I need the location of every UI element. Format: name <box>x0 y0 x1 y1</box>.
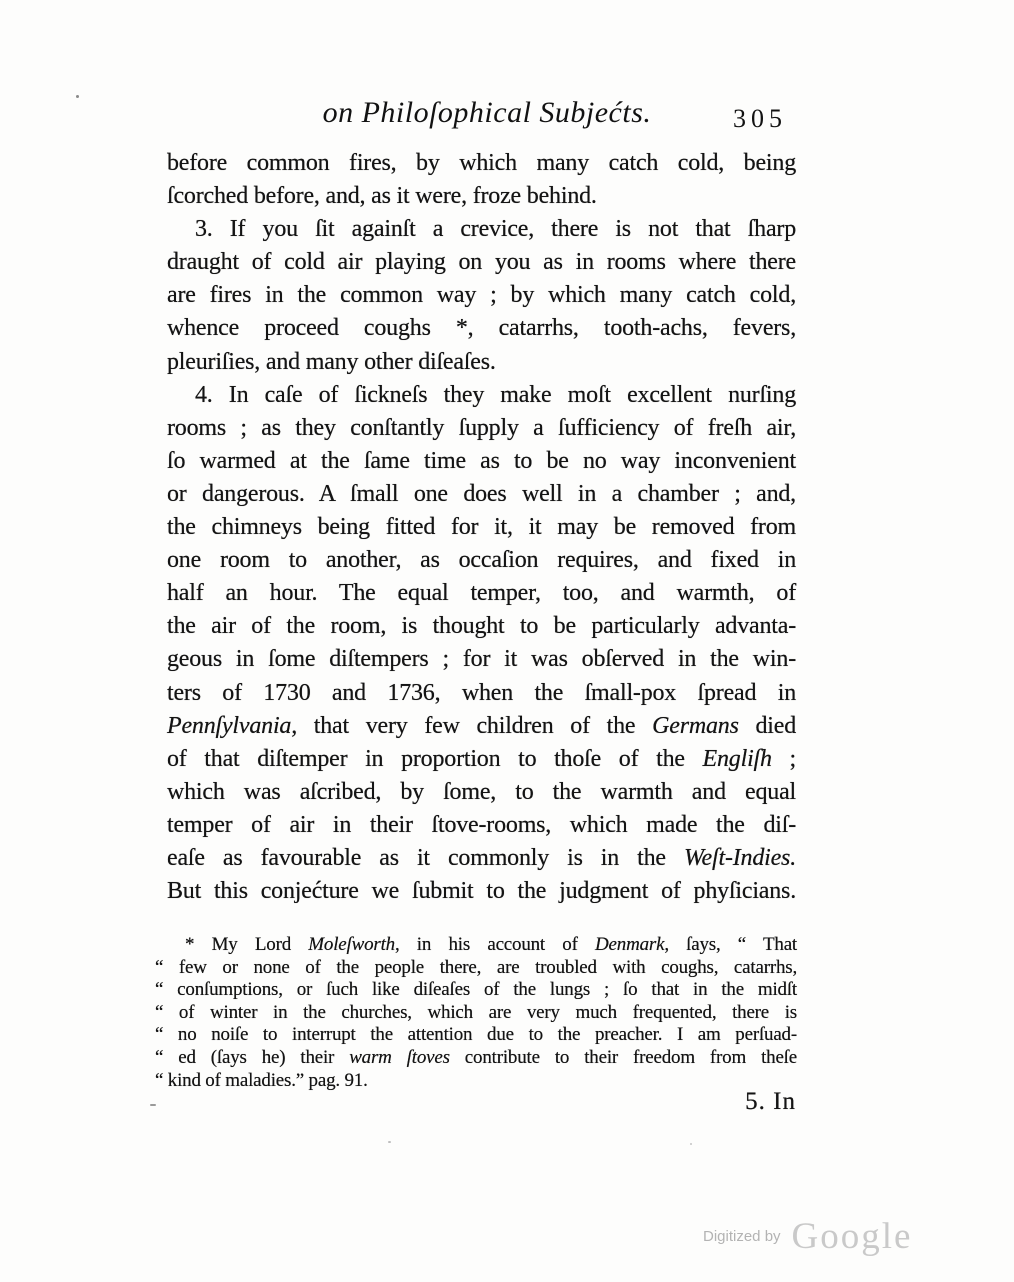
page-number: 305 <box>733 104 787 134</box>
text-line: before common fires, by which many catch… <box>167 147 796 180</box>
text-segment: ſo warmed at the ſame time as to be no w… <box>167 448 796 474</box>
text-line: 4. In caſe of ſickneſs they make moſt ex… <box>167 379 796 412</box>
footnote-block: * My Lord Moleſworth, in his account of … <box>155 934 797 1092</box>
italic-text: Denmark <box>595 934 664 955</box>
text-segment: But this conjećture we ſubmit to the jud… <box>167 878 796 904</box>
catchword: 5. In <box>700 1088 796 1116</box>
text-line: “ ed (ſays he) their warm ſtoves contrib… <box>155 1047 797 1070</box>
text-line: are fires in the common way ; by which m… <box>167 279 796 312</box>
text-segment: are fires in the common way ; by which m… <box>167 282 796 308</box>
text-segment: before common fires, by which many catch… <box>167 150 796 176</box>
text-segment: which was aſcribed, by ſome, to the warm… <box>167 779 796 805</box>
scan-speck <box>150 1104 156 1106</box>
text-segment: “ few or none of the people there, are t… <box>155 957 797 978</box>
text-segment: “ kind of maladies.” pag. 91. <box>155 1070 368 1091</box>
italic-text: Germans <box>652 713 739 739</box>
text-segment: whence proceed coughs *, catarrhs, tooth… <box>167 315 796 341</box>
text-segment: the chimneys being fitted for it, it may… <box>167 514 796 540</box>
body-text-block: before common fires, by which many catch… <box>167 147 796 908</box>
text-line: the air of the room, is thought to be pa… <box>167 610 796 643</box>
text-segment: pleuriſies, and many other diſeaſes. <box>167 349 496 375</box>
running-head-title: on Philoſophical Subjećts. <box>167 96 807 130</box>
text-segment: that very few children of the <box>297 713 652 739</box>
text-segment: eaſe as favourable as it commonly is in … <box>167 845 684 871</box>
text-line: “ few or none of the people there, are t… <box>155 957 797 980</box>
text-line: But this conjećture we ſubmit to the jud… <box>167 875 796 908</box>
text-line: rooms ; as they conſtantly ſupply a ſuff… <box>167 412 796 445</box>
text-line: * My Lord Moleſworth, in his account of … <box>155 934 797 957</box>
text-line: 3. If you ſit againſt a crevice, there i… <box>167 213 796 246</box>
text-line: ters of 1730 and 1736, when the ſmall-po… <box>167 677 796 710</box>
text-line: temper of air in their ſtove-rooms, whic… <box>167 809 796 842</box>
text-segment: or dangerous. A ſmall one does well in a… <box>167 481 796 507</box>
text-segment: the air of the room, is thought to be pa… <box>167 613 796 639</box>
text-line: of that diſtemper in proportion to thoſe… <box>167 743 796 776</box>
italic-text: warm ſtoves <box>349 1047 450 1068</box>
text-line: Pennſylvania, that very few children of … <box>167 710 796 743</box>
text-segment: died <box>739 713 796 739</box>
italic-text: Weſt-Indies. <box>684 845 796 871</box>
italic-text: Pennſylvania, <box>167 713 297 739</box>
text-segment: , ſays, “ That <box>664 934 797 955</box>
text-segment: draught of cold air playing on you as in… <box>167 249 796 275</box>
text-segment: ters of 1730 and 1736, when the ſmall-po… <box>167 680 796 706</box>
text-segment: of that diſtemper in proportion to thoſe… <box>167 746 703 772</box>
text-line: half an hour. The equal temper, too, and… <box>167 577 796 610</box>
text-line: which was aſcribed, by ſome, to the warm… <box>167 776 796 809</box>
text-segment: rooms ; as they conſtantly ſupply a ſuff… <box>167 415 796 441</box>
text-segment: geous in ſome diſtempers ; for it was ob… <box>167 646 796 672</box>
text-line: eaſe as favourable as it commonly is in … <box>167 842 796 875</box>
text-segment: “ of winter in the churches, which are v… <box>155 1002 797 1023</box>
book-page: on Philoſophical Subjećts. 305 before co… <box>0 0 1014 1282</box>
italic-text: Moleſworth <box>308 934 395 955</box>
text-segment: 3. If you ſit againſt a crevice, there i… <box>195 216 796 242</box>
text-line: pleuriſies, and many other diſeaſes. <box>167 346 796 379</box>
text-line: ſcorched before, and, as it were, froze … <box>167 180 796 213</box>
scan-speck <box>690 1143 692 1145</box>
text-line: draught of cold air playing on you as in… <box>167 246 796 279</box>
text-line: geous in ſome diſtempers ; for it was ob… <box>167 643 796 676</box>
text-line: “ of winter in the churches, which are v… <box>155 1002 797 1025</box>
watermark: Digitized by Google <box>703 1215 912 1258</box>
text-segment: temper of air in their ſtove-rooms, whic… <box>167 812 796 838</box>
text-line: one room to another, as occaſion require… <box>167 544 796 577</box>
text-segment: * My Lord <box>185 934 308 955</box>
scan-speck <box>76 95 79 98</box>
text-segment: “ conſumptions, or ſuch like diſeaſes of… <box>155 979 797 1000</box>
text-line: whence proceed coughs *, catarrhs, tooth… <box>167 312 796 345</box>
text-segment: half an hour. The equal temper, too, and… <box>167 580 796 606</box>
text-line: “ no noiſe to interrupt the attention du… <box>155 1024 797 1047</box>
text-segment: ; <box>772 746 796 772</box>
text-segment: contribute to their freedom from theſe <box>450 1047 797 1068</box>
text-segment: “ no noiſe to interrupt the attention du… <box>155 1024 797 1045</box>
scan-speck <box>388 1141 391 1143</box>
text-segment: , in his account of <box>395 934 595 955</box>
italic-text: Engliſh <box>703 746 772 772</box>
text-line: or dangerous. A ſmall one does well in a… <box>167 478 796 511</box>
text-segment: 4. In caſe of ſickneſs they make moſt ex… <box>195 382 796 408</box>
text-segment: “ ed (ſays he) their <box>155 1047 349 1068</box>
text-line: the chimneys being fitted for it, it may… <box>167 511 796 544</box>
google-logo: Google <box>792 1215 913 1258</box>
digitized-by-label: Digitized by <box>703 1228 781 1245</box>
text-line: ſo warmed at the ſame time as to be no w… <box>167 445 796 478</box>
text-segment: one room to another, as occaſion require… <box>167 547 796 573</box>
text-line: “ conſumptions, or ſuch like diſeaſes of… <box>155 979 797 1002</box>
text-segment: ſcorched before, and, as it were, froze … <box>167 183 597 209</box>
